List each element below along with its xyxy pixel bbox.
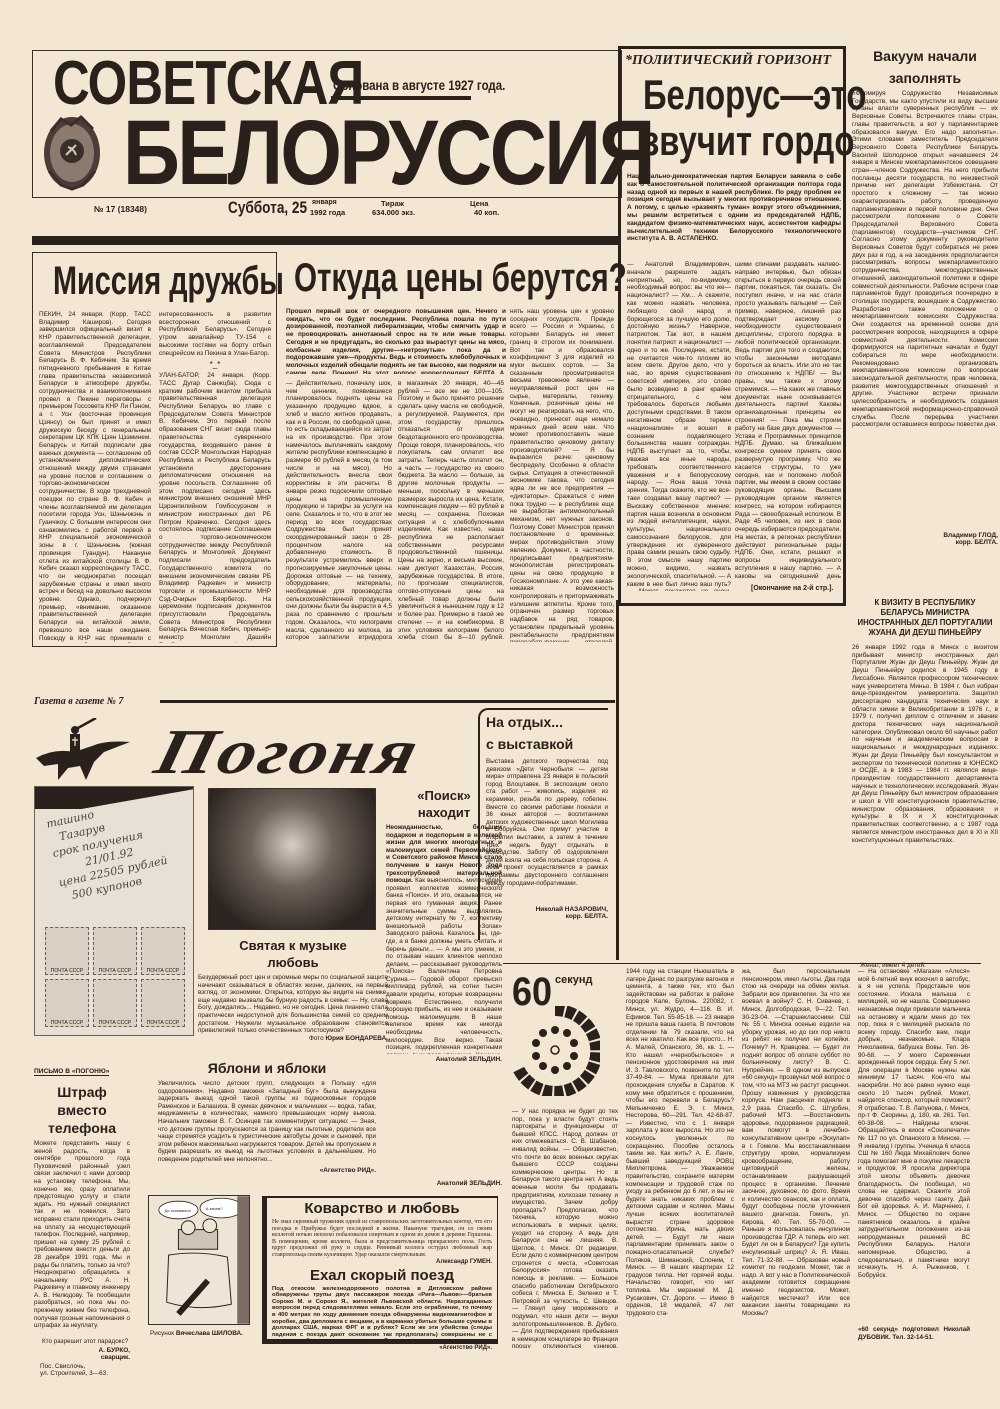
- masthead-title-line2: БЕЛОРУССИЯ: [123, 107, 653, 199]
- politics-column-2: шими спинами раздавать налево-направо ин…: [735, 261, 841, 581]
- mission-column-2-text: интересованность в развитии всесторонних…: [159, 311, 271, 357]
- masthead-bottom-rule: [32, 236, 620, 245]
- headline-vacation-1: На отдых...: [486, 714, 608, 730]
- sixty-column-2: 1944 году на станции Ньюшатель в лагере …: [626, 968, 734, 1348]
- headline-apples: Яблони и яблоки: [158, 1060, 376, 1076]
- photo-child-leaning: [208, 788, 376, 930]
- headline-prices: Откуда цены берутся?: [294, 256, 627, 301]
- article-vacation-exhibition: На отдых... с выставкой Выставка детског…: [478, 708, 608, 940]
- cartoon-credit-name: Вячеслава ШИЛОВА.: [176, 1330, 243, 1337]
- caption-holy-love-music: Святая к музыке любовь Безудержный рост …: [198, 938, 388, 1042]
- politics-column-1-text: — Анатолий Владимирович, вначале разреши…: [627, 261, 731, 591]
- supplement-title-pogonya: Погоня: [149, 720, 426, 784]
- article-where-prices-come-from: Откуда цены берутся? Прошел первый шок о…: [284, 252, 616, 647]
- fine-author-role: сварщик.: [34, 1354, 130, 1361]
- poisk-continuation: Анатолий ЗЕЛЬДИН.: [386, 1080, 502, 1187]
- prices-lead: Прошел первый шок от очередного повышени…: [286, 308, 506, 374]
- supplement-supertitle: Газета в газете № 7: [34, 696, 123, 707]
- mission-separator: *_*: [159, 360, 271, 369]
- caption-title-1: Святая к музыке: [198, 938, 388, 953]
- svg-text:А зачем?: А зачем?: [206, 1206, 223, 1211]
- letter-rubric: ПИСЬМО В «ПОГОНЮ»: [34, 1068, 109, 1076]
- politics-column-1: — Анатолий Владимирович, вначале разреши…: [627, 261, 731, 591]
- issue-info-bar: № 17 (18348) Суббота, 25 января 1992 год…: [32, 198, 622, 222]
- article-apple-trees-apples: Яблони и яблоки Увеличилось число детски…: [158, 1060, 376, 1174]
- political-horizon-box: *ПОЛИТИЧЕСКИЙ ГОРИЗОНТ Белорус—это звучи…: [618, 46, 846, 606]
- founded-note: Основана в августе 1927 года.: [333, 77, 505, 93]
- article-vacuum: Вакуум начали заполнять «Формируя Содруж…: [852, 48, 998, 546]
- treachery-author: Александр ГУМЕН.: [272, 1259, 492, 1265]
- mission-column-2: интересованность в развитии всесторонних…: [159, 311, 271, 643]
- apples-body: Увеличилось число детских групп, следующ…: [158, 1080, 376, 1164]
- portugal-body: 26 января 1992 года в Минск с визитом пр…: [852, 644, 998, 962]
- stamp-icon: ПОЧТА СССР: [141, 927, 185, 975]
- prices-column-1: — Действительно, поначалу шок, чем ценни…: [286, 380, 392, 642]
- stamp-grid: ПОЧТА СССР ПОЧТА СССР ПОЧТА СССР ПОЧТА С…: [45, 927, 185, 1027]
- prices-column-3: нять наш уровень цен к уровню соседних г…: [510, 308, 614, 642]
- masthead: СОВЕТСКАЯ БЕЛОРУССИЯ Основана в августе …: [32, 50, 622, 198]
- article-friendship-mission: Миссия дружбы ПЕКИН, 24 января. (Корр. Т…: [32, 252, 277, 647]
- fine-address-1: Пос. Свислочь,: [34, 1363, 130, 1370]
- stamp-icon: ПОЧТА СССР: [45, 927, 89, 975]
- stamp-icon: ПОЧТА СССР: [93, 979, 137, 1027]
- mission-column-1: ПЕКИН, 24 января. (Корр. ТАСС Владимир К…: [39, 311, 151, 643]
- headline-fine-2: вместо: [34, 1102, 130, 1118]
- sixty-credit: «60 секунд» подготовил Николай ДУБОВИК. …: [858, 1326, 970, 1341]
- headline-express-train: Ехал скорый поезд: [272, 1267, 492, 1284]
- politics-lead: Национально-демократическая партия Белар…: [627, 173, 841, 243]
- price-value: 40 коп.: [474, 208, 499, 217]
- treachery-body: Не знал скромный труженик одной из ставр…: [272, 1219, 492, 1259]
- price-label: Цена: [470, 199, 488, 208]
- caption-body: Безудержный рост цен и скромные меры по …: [198, 974, 388, 1035]
- apples-source: «Агентство РИД».: [158, 1167, 376, 1174]
- mission-ulan-bator-text: УЛАН-БАТОР, 24 января. (Корр. ТАСС Дугар…: [159, 372, 271, 643]
- dial-stopwatch-icon: [510, 1006, 600, 1096]
- vacation-body: Выставка детского творчества под девизом…: [486, 758, 608, 898]
- circulation-label: Тираж: [381, 199, 404, 208]
- headline-friendship-mission: Миссия дружбы: [53, 259, 284, 304]
- train-source: «Агентство РИД».: [272, 1345, 492, 1351]
- sixty-seconds-top-rule: [503, 963, 981, 964]
- politics-column-2-text: шими спинами раздавать налево-направо ин…: [735, 261, 841, 581]
- stamp-icon: ПОЧТА СССР: [141, 979, 185, 1027]
- supplement-top-rule: [160, 700, 615, 703]
- photo-credit: Фото Юрия БОНДАРЕВА.: [198, 1035, 388, 1042]
- vacuum-body: «Формируя Содружество Независимых Госуда…: [852, 90, 998, 528]
- headline-treachery-love: Коварство и любовь: [272, 1200, 492, 1217]
- svg-text:До основанья!: До основанья!: [165, 1208, 191, 1213]
- headline-belarus-proud-1: Белорус—это: [643, 73, 866, 117]
- headline-vacation-2: с выставкой: [486, 736, 608, 752]
- sixty-column-4: — На остановке «Магазин «Алеся» мой 6-ле…: [858, 968, 970, 1324]
- article-portugal-minister: К ВИЗИТУ В РЕСПУБЛИКУ БЕЛАРУСЬ МИНИСТРА …: [852, 598, 998, 971]
- cartoon-credit-prefix: Рисунок: [150, 1330, 174, 1337]
- fine-author: А. БУРКО,: [34, 1347, 130, 1354]
- cartoon-credit: Рисунок Вячеслава ШИЛОВА.: [150, 1330, 243, 1337]
- fine-question: Кто разрешит этот парадокс?: [34, 1338, 130, 1347]
- order-medal-icon: [41, 111, 103, 193]
- headline-fine-3: телефона: [34, 1120, 130, 1136]
- caption-title-2: любовь: [198, 955, 388, 970]
- politics-continued-note: [Окончание на 2-й стр.].: [751, 585, 833, 592]
- vacuum-author: Владимир ГЛОД,: [852, 532, 998, 539]
- headline-vacuum-1: Вакуум начали: [852, 48, 998, 64]
- vacation-author-role: корр. БЕЛТА.: [486, 913, 608, 920]
- cartoon-illustration: До основанья! А зачем?: [148, 1195, 250, 1325]
- vertical-rule-politics: [616, 600, 619, 960]
- poisk-author-bottom: Анатолий ЗЕЛЬДИН.: [386, 1180, 502, 1187]
- knight-horseman-icon: [34, 718, 132, 782]
- train-body: Под откосом железнодорожного полотна в Д…: [272, 1286, 492, 1345]
- photo-credit-name: Юрия БОНДАРЕВА.: [326, 1035, 389, 1042]
- prices-column-2: в магазинах 20 января, 40—45 рублей — вс…: [398, 380, 504, 642]
- box-crime-news: Коварство и любовь Не знал скромный труж…: [262, 1196, 498, 1344]
- headline-belarus-proud-2: звучит гордо: [643, 119, 854, 163]
- photo-postcard-with-stamps: ташино Тазарув срок получения 21/01.92 ц…: [34, 786, 194, 1036]
- issue-number: № 17 (18348): [94, 204, 147, 214]
- fine-body: Можете представить нашу с женой радость,…: [34, 1140, 130, 1338]
- stamp-icon: ПОЧТА СССР: [45, 979, 89, 1027]
- headline-vacuum-2: заполнять: [852, 70, 998, 86]
- sixty-column-3: жа, был персональным пенсионером, имел л…: [742, 968, 850, 1348]
- vacation-author: Николай НАЗАРОВИЧ,: [486, 906, 608, 913]
- stamp-icon: ПОЧТА СССР: [93, 927, 137, 975]
- circulation-value: 634.000 экз.: [372, 208, 415, 217]
- founded-underline: [331, 96, 471, 100]
- poisk-author: Анатолий ЗЕЛЬДИН.: [386, 1056, 502, 1063]
- headline-fine-1: Штраф: [34, 1084, 130, 1100]
- headline-portugal: К ВИЗИТУ В РЕСПУБЛИКУ БЕЛАРУСЬ МИНИСТРА …: [852, 598, 998, 638]
- issue-weekday-day: Суббота, 25: [228, 198, 307, 218]
- rubric-political-horizon: *ПОЛИТИЧЕСКИЙ ГОРИЗОНТ: [625, 53, 831, 69]
- issue-year: 1992 года: [310, 208, 345, 217]
- vacuum-author-role: корр. БЕЛТА.: [852, 539, 998, 546]
- article-fine-instead-of-phone: ПИСЬМО В «ПОГОНЮ» Штраф вместо телефона …: [34, 1060, 130, 1377]
- cartoon-drawing-icon: До основанья! А зачем?: [149, 1196, 249, 1324]
- fine-address-2: ул. Строителей, 3—63.: [34, 1370, 130, 1377]
- sixty-column-1: — У нас порядка не будет до тех пор, пок…: [512, 1108, 618, 1348]
- sixty-label: секунд: [555, 974, 593, 986]
- issue-month: января: [312, 199, 337, 206]
- photo-credit-prefix: Фото: [309, 1035, 324, 1042]
